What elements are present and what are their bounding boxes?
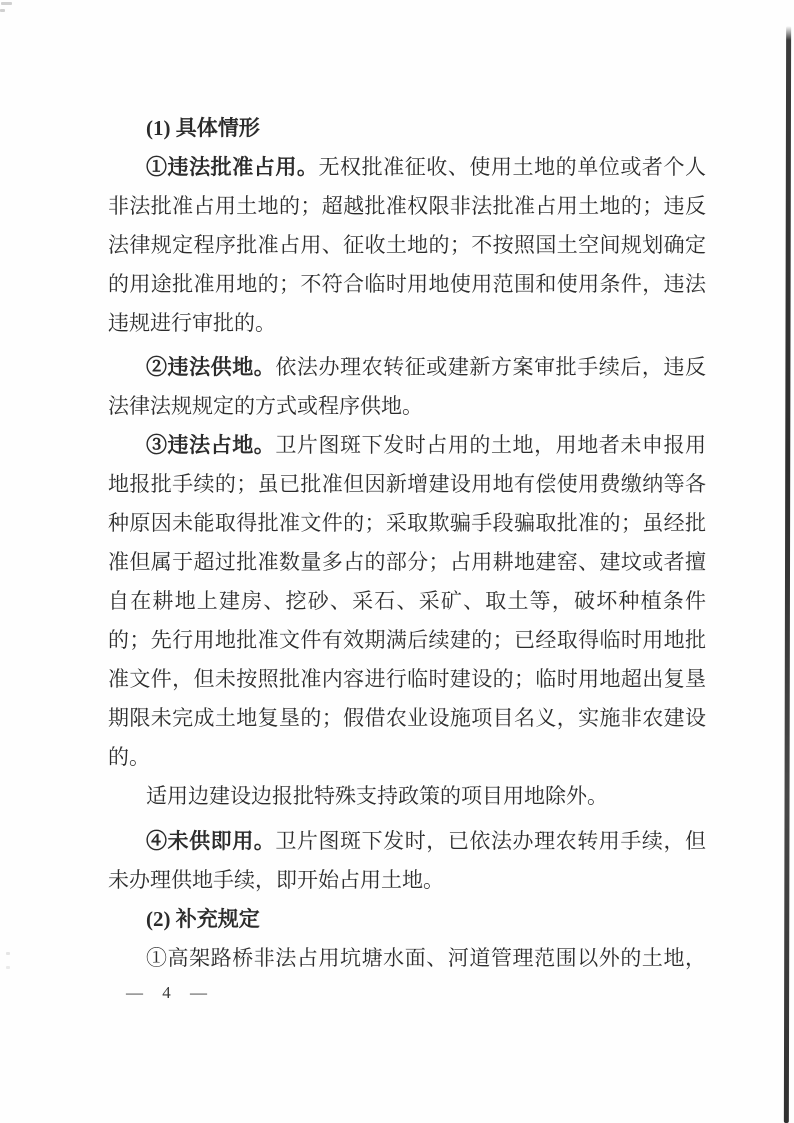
paragraph-elevated-roads: ①高架路桥非法占用坑塘水面、河道管理范围以外的土地， — [108, 939, 706, 978]
text-line: 种原因未能取得批准文件的；采取欺骗手段骗取批准的；虽经批 — [108, 504, 706, 543]
scan-speck — [0, 9, 5, 12]
text-line: 准但属于超过批准数量多占的部分；占用耕地建窑、建坟或者擅 — [108, 543, 706, 582]
paragraph-illegal-supply: ②违法供地。依法办理农转征或建新方案审批手续后，违反 法律法规规定的方式或程序供… — [108, 348, 706, 426]
paragraph-lead: ④未供即用。 — [146, 829, 275, 853]
text-line: ②违法供地。依法办理农转征或建新方案审批手续后，违反 — [108, 348, 706, 387]
text-line: 期限未完成土地复垦的；假借农业设施项目名义，实施非农建设 — [108, 699, 706, 738]
text-line: 地报批手续的；虽已批准但因新增建设用地有偿使用费缴纳等各 — [108, 465, 706, 504]
paragraph-illegal-approval: ①违法批准占用。无权批准征收、使用土地的单位或者个人 非法批准占用土地的；超越批… — [108, 148, 706, 343]
text-run: 依法办理农转征或建新方案审批手续后，违反 — [275, 355, 706, 379]
document-body: (1) 具体情形 ①违法批准占用。无权批准征收、使用土地的单位或者个人 非法批准… — [108, 109, 706, 978]
text-line: 法律规定程序批准占用、征收土地的；不按照国土空间规划确定 — [108, 226, 706, 265]
page-number: — 4 — — [126, 980, 210, 1006]
paragraph-lead: ②违法供地。 — [146, 355, 275, 379]
text-line: 自在耕地上建房、挖砂、采石、采矿、取土等，破坏种植条件 — [108, 582, 706, 621]
text-run: 无权批准征收、使用土地的单位或者个人 — [318, 155, 706, 179]
scan-speck — [1, 2, 12, 5]
text-line: 未办理供地手续，即开始占用土地。 — [108, 861, 706, 900]
text-line: 法律法规规定的方式或程序供地。 — [108, 387, 706, 426]
text-line: 违规进行审批的。 — [108, 304, 706, 343]
text-line: 适用边建设边报批特殊支持政策的项目用地除外。 — [108, 777, 706, 816]
text-line: 非法批准占用土地的；超越批准权限非法批准占用土地的；违反 — [108, 187, 706, 226]
text-line: ①高架路桥非法占用坑塘水面、河道管理范围以外的土地， — [108, 939, 706, 978]
paragraph-exception: 适用边建设边报批特殊支持政策的项目用地除外。 — [108, 777, 706, 816]
text-line: ③违法占地。卫片图斑下发时占用的土地，用地者未申报用 — [108, 426, 706, 465]
text-line: 的；先行用地批准文件有效期满后续建的；已经取得临时用地批 — [108, 621, 706, 660]
text-line: ①违法批准占用。无权批准征收、使用土地的单位或者个人 — [108, 148, 706, 187]
text-run: 卫片图斑下发时，已依法办理农转用手续，但 — [275, 829, 706, 853]
scan-edge-line — [784, 26, 791, 1123]
scanned-document-page: (1) 具体情形 ①违法批准占用。无权批准征收、使用土地的单位或者个人 非法批准… — [0, 0, 794, 1123]
paragraph-unsupplied-use: ④未供即用。卫片图斑下发时，已依法办理农转用手续，但 未办理供地手续，即开始占用… — [108, 822, 706, 900]
scan-speck — [6, 966, 10, 969]
paragraph-illegal-occupation: ③违法占地。卫片图斑下发时占用的土地，用地者未申报用 地报批手续的；虽已批准但因… — [108, 426, 706, 777]
text-line: 准文件，但未按照批准内容进行临时建设的；临时用地超出复垦 — [108, 660, 706, 699]
section-heading-specific-situations: (1) 具体情形 — [108, 109, 706, 148]
paragraph-lead: ①违法批准占用。 — [146, 155, 318, 179]
text-line: 的用途批准用地的；不符合临时用地使用范围和使用条件，违法 — [108, 265, 706, 304]
paragraph-lead: ③违法占地。 — [146, 433, 275, 457]
scan-speck — [6, 952, 10, 955]
text-run: 卫片图斑下发时占用的土地，用地者未申报用 — [275, 433, 706, 457]
section-heading-supplementary-rules: (2) 补充规定 — [108, 900, 706, 939]
text-line: ④未供即用。卫片图斑下发时，已依法办理农转用手续，但 — [108, 822, 706, 861]
text-line: 的。 — [108, 738, 706, 777]
